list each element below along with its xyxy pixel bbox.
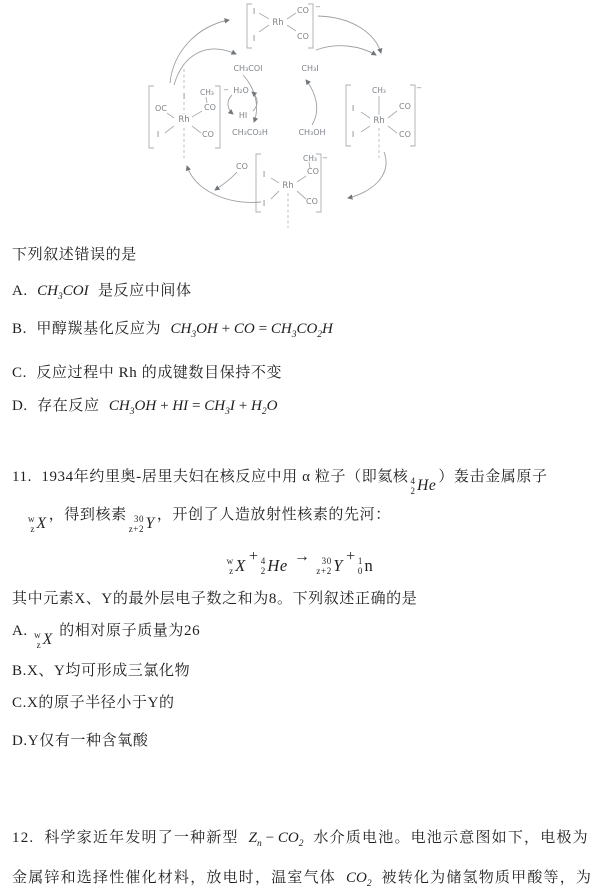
q11-option-d: D.Y仅有一种含氧酸: [12, 729, 148, 750]
option-label: A.: [12, 623, 28, 639]
co-label: CO: [306, 197, 318, 206]
iodide-label: I: [352, 130, 354, 139]
option-label: B.: [12, 321, 27, 337]
ch3co2h-label: CH₃CO₂H: [232, 128, 268, 137]
option-text: 甲醇羰基化反应为: [36, 321, 161, 337]
co-label: CO: [399, 130, 411, 139]
formula-carbonylation: CH3OH+CO=CH3CO2H: [171, 321, 333, 337]
question-text: ，得到核素: [49, 507, 127, 523]
acyl-co-label: CO: [307, 167, 319, 176]
nuclide-y: 30z+2Y: [129, 514, 155, 535]
co-label: CO: [399, 102, 411, 111]
nuclide-x: wzX: [227, 556, 246, 577]
q10-option-b: B. 甲醇羰基化反应为 CH3OH+CO=CH3CO2H: [12, 317, 333, 340]
formula-co2: CO2: [346, 870, 372, 886]
cycle-arrow: [170, 20, 229, 83]
iodide-label: I: [253, 7, 255, 16]
iodide-label: I: [352, 104, 354, 113]
acyl-ch3-label: CH₃: [200, 88, 214, 97]
question-text: 水介质电池。电池示意图如下，电极为: [313, 830, 588, 846]
nuclide-y: 30z+2Y: [316, 556, 343, 577]
hi-label: HI: [239, 111, 247, 120]
complex-left: Rh OC I CH₃ CO I CO −: [155, 86, 229, 139]
q11-option-a: A. wzX 的相对原子质量为26: [12, 619, 200, 651]
option-text: 的相对原子质量为26: [59, 623, 200, 639]
iodide-label: I: [253, 34, 255, 43]
question-number: 11.: [12, 469, 32, 485]
rh-label: Rh: [272, 18, 283, 28]
charge-label: −: [223, 86, 229, 94]
question-text: 被转化为储氢物质甲酸等，为: [382, 870, 593, 886]
formula-methyl-iodide: CH3OH+HI=CH3I+H2O: [109, 398, 278, 414]
q11-line3: 其中元素X、Y的最外层电子数之和为8。下列叙述正确的是: [12, 587, 417, 608]
ch3oh-label: CH₃OH: [298, 128, 325, 137]
co-label: CO: [202, 130, 214, 139]
rh-label: Rh: [282, 181, 293, 191]
nuclide-x: wzX: [28, 514, 47, 535]
co-entry-arrow: [215, 172, 237, 190]
q11-option-c: C.X的原子半径小于Y的: [12, 691, 175, 712]
rh-label: Rh: [178, 115, 189, 125]
q10-option-c: C. 反应过程中 Rh 的成键数目保持不变: [12, 361, 282, 382]
nuclear-equation: wzX+42He→30z+2Y+10n: [0, 548, 600, 577]
nuclide-he: 42He: [411, 476, 437, 497]
plus-sign: +: [248, 548, 259, 565]
acyl-co-label: CO: [204, 103, 216, 112]
iodide-label: I: [263, 170, 265, 179]
ch3coi-label: CH₃COI: [233, 64, 262, 73]
h2o-label: H₂O: [233, 86, 249, 95]
question-text: 1934年约里奥-居里夫妇在核反应中用 α 粒子（即氦核: [41, 469, 408, 485]
ch3i-label: CH₃I: [301, 64, 318, 73]
option-label: D.: [12, 398, 28, 414]
oc-label: OC: [155, 104, 167, 113]
charge-label: −: [322, 154, 328, 162]
question-text: ）轰击金属原子: [438, 469, 547, 485]
plus-sign: +: [345, 548, 356, 565]
co-label: CO: [297, 32, 309, 41]
inner-arrow: [228, 95, 233, 114]
cycle-arrow: [316, 46, 376, 55]
catalytic-cycle-diagram: Rh I CO I CO − Rh OC I CH₃ CO I CO − Rh …: [0, 0, 600, 232]
q11-option-b: B.X、Y均可形成三氯化物: [12, 659, 190, 680]
cycle-arrow: [174, 49, 236, 85]
complex-top: Rh I CO I CO −: [253, 3, 321, 43]
charge-label: −: [416, 84, 422, 92]
charge-label: −: [315, 3, 321, 11]
q10-option-d: D. 存在反应 CH3OH+HI=CH3I+H2O: [12, 394, 277, 417]
co-label: CO: [297, 6, 309, 15]
center-species: CH₃COI CH₃I H₂O HI CH₃CO₂H CH₃OH: [232, 64, 326, 137]
ch3-label: CH₃: [372, 86, 386, 95]
question-number: 12.: [12, 830, 34, 846]
nuclide-x: wzX: [34, 630, 53, 651]
option-text: 反应过程中 Rh 的成键数目保持不变: [36, 365, 282, 381]
cycle-arrow: [348, 152, 386, 198]
iodide-label: I: [183, 92, 185, 101]
option-text: 存在反应: [37, 398, 99, 414]
q10-option-a: A. CH3COI 是反应中间体: [12, 279, 192, 302]
q12-line2: 金属锌和选择性催化材料，放电时，温室气体 CO2 被转化为储氢物质甲酸等，为: [12, 866, 592, 889]
question-text: 科学家近年发明了一种新型: [44, 830, 238, 846]
reaction-arrow: →: [294, 548, 311, 565]
q10-stem: 下列叙述错误的是: [12, 243, 137, 264]
option-label: A.: [12, 283, 28, 299]
q11-line2: wzX，得到核素30z+2Y，开创了人造放射性核素的先河：: [26, 503, 391, 535]
question-text: ，开创了人造放射性核素的先河：: [157, 507, 391, 523]
inner-arrow: [306, 80, 317, 125]
nuclide-n: 10n: [358, 556, 373, 577]
exam-page: Rh I CO I CO − Rh OC I CH₃ CO I CO − Rh …: [0, 0, 600, 896]
cycle-arrow: [318, 16, 381, 53]
acyl-ch3-label: CH₃: [303, 154, 317, 163]
q12-line1: 12. 科学家近年发明了一种新型 Zn−CO2 水介质电池。电池示意图如下，电极…: [12, 826, 589, 849]
formula-zn-co2: Zn−CO2: [249, 830, 304, 846]
question-text: 金属锌和选择性催化材料，放电时，温室气体: [12, 870, 336, 886]
bond-lines: [165, 13, 397, 199]
nuclide-he: 42He: [261, 556, 288, 577]
iodide-label: I: [157, 130, 159, 139]
q11-line1: 11. 1934年约里奥-居里夫妇在核反应中用 α 粒子（即氦核42He）轰击金…: [12, 465, 548, 497]
option-text: 是反应中间体: [98, 283, 192, 299]
rh-label: Rh: [373, 116, 384, 126]
formula-ch3coi: CH3COI: [37, 283, 88, 299]
co-entry-label: CO: [236, 162, 248, 171]
complex-bottom: Rh I CH₃ CO I CO − CO: [236, 154, 328, 208]
iodide-label: I: [263, 199, 265, 208]
option-label: C.: [12, 365, 27, 381]
